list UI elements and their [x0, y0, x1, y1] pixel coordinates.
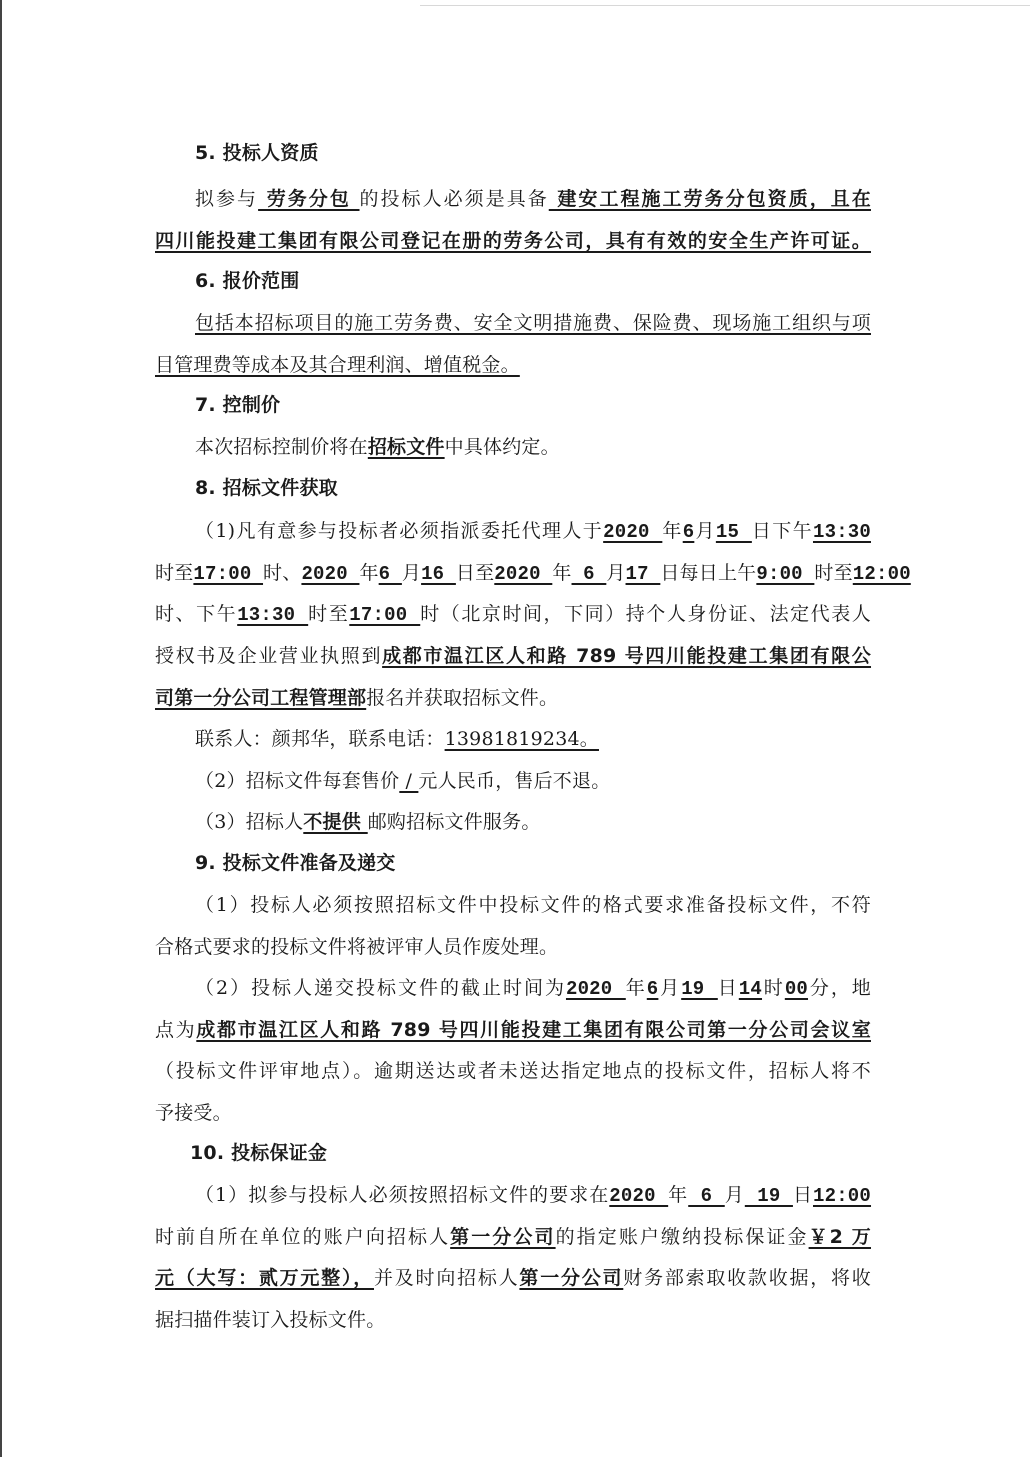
- text-segment: 授权书及企业营业执照到: [155, 645, 382, 667]
- text-line: （1）投标人必须按照招标文件中投标文件的格式要求准备投标文件，不符: [195, 890, 871, 920]
- underlined-field: 9:00: [756, 563, 814, 585]
- underlined-field: 第一分公司: [519, 1267, 623, 1289]
- text-segment: 予接受。: [155, 1102, 232, 1124]
- text-segment: 月: [694, 520, 716, 542]
- text-line: （1)凡有意参与投标者必须指派委托代理人于2020 年6月15 日下午13:30: [195, 516, 871, 546]
- underlined-field: 17:00: [349, 604, 420, 626]
- text-line: 元（大写：贰万元整），并及时向招标人第一分公司财务部索取收款收据，将收: [155, 1263, 871, 1293]
- underlined-field: 成都市温江区人和路 789 号四川能投建工集团有限公: [382, 645, 871, 667]
- text-segment: 时: [762, 977, 785, 999]
- text-segment: 时、下午: [155, 603, 237, 625]
- text-segment: 月: [606, 562, 625, 584]
- underlined-field: 19: [681, 978, 718, 1000]
- text-line: 时、下午13:30 时至17:00 时（北京时间，下同）持个人身份证、法定代表人: [155, 599, 871, 629]
- text-segment: 的指定账户缴纳投标保证金: [556, 1226, 809, 1248]
- text-segment: 分，地: [808, 977, 871, 999]
- text-line: （2）投标人递交投标文件的截止时间为2020 年6月19 日14时00分，地: [195, 973, 871, 1003]
- text-line: 授权书及企业营业执照到成都市温江区人和路 789 号四川能投建工集团有限公: [155, 641, 871, 671]
- text-segment: 年: [662, 520, 682, 542]
- text-line: 拟参与 劳务分包 的投标人必须是具备 建安工程施工劳务分包资质，且在: [195, 184, 871, 214]
- underlined-field: 6: [572, 563, 607, 585]
- underlined-field: 12:00: [813, 1185, 871, 1207]
- text-line: 四川能投建工集团有限公司登记在册的劳务公司，具有有效的安全生产许可证。: [155, 226, 871, 256]
- underlined-field: 劳务分包: [258, 188, 359, 210]
- underlined-field: 2020: [603, 521, 662, 543]
- text-segment: 中具体约定。: [445, 436, 560, 458]
- text-segment: 日至: [456, 562, 494, 584]
- text-segment: 联系人：颜邦华，联系电话：: [195, 728, 445, 750]
- text-segment: 7. 控制价: [195, 394, 280, 416]
- underlined-field: 2020: [609, 1185, 668, 1207]
- text-segment: 时至: [308, 603, 349, 625]
- underlined-field: 2020: [566, 978, 626, 1000]
- underlined-field: 四川能投建工集团有限公司登记在册的劳务公司，具有有效的安全生产许可证。: [155, 230, 871, 252]
- text-segment: 月: [402, 562, 421, 584]
- underlined-field: 建安工程施工劳务分包资质，且在: [549, 188, 871, 210]
- text-segment: 9. 投标文件准备及递交: [195, 852, 395, 874]
- underlined-field: 13:30: [237, 604, 308, 626]
- text-segment: 合格式要求的投标文件将被评审人员作废处理。: [155, 936, 558, 958]
- underlined-field: /: [399, 770, 418, 792]
- text-segment: 日下午: [752, 520, 813, 542]
- text-segment: （3）招标人: [195, 811, 303, 833]
- text-line: 联系人：颜邦华，联系电话：13981819234。: [195, 724, 599, 754]
- text-line: 本次招标控制价将在招标文件中具体约定。: [195, 432, 560, 462]
- underlined-field: 元（大写：贰万元整），: [155, 1267, 374, 1289]
- text-segment: 8. 招标文件获取: [195, 477, 338, 499]
- text-segment: （1）投标人必须按照招标文件中投标文件的格式要求准备投标文件，不符: [195, 894, 871, 916]
- underlined-field: 不提供: [303, 811, 367, 833]
- text-segment: （2）招标文件每套售价: [195, 770, 399, 792]
- text-line: （投标文件评审地点）。逾期送达或者未送达指定地点的投标文件，招标人将不: [155, 1056, 871, 1086]
- text-line: （2）招标文件每套售价 / 元人民币，售后不退。: [195, 766, 610, 796]
- text-segment: 邮购招标文件服务。: [368, 811, 541, 833]
- underlined-field: 12:00: [853, 563, 911, 585]
- text-segment: （2）投标人递交投标文件的截止时间为: [195, 977, 566, 999]
- section-heading: 8. 招标文件获取: [195, 473, 338, 503]
- underlined-field: 2020: [494, 563, 552, 585]
- text-segment: 年: [552, 562, 571, 584]
- text-line: （1）拟参与投标人必须按照招标文件的要求在2020 年 6 月 19 日12:0…: [195, 1180, 871, 1210]
- text-segment: 日每日上午: [660, 562, 756, 584]
- text-segment: 财务部索取收款收据，将收: [623, 1267, 871, 1289]
- underlined-field: 13981819234。: [445, 728, 599, 750]
- text-segment: 日: [793, 1184, 813, 1206]
- section-heading: 10. 投标保证金: [190, 1138, 327, 1168]
- text-line: 时至17:00 时、2020 年6 月16 日至2020 年 6 月17 日每日…: [155, 558, 871, 588]
- underlined-field: 6: [647, 978, 659, 1000]
- section-heading: 9. 投标文件准备及递交: [195, 848, 395, 878]
- text-segment: 年: [668, 1184, 688, 1206]
- underlined-field: 目管理费等成本及其合理利润、增值税金。: [155, 354, 520, 376]
- text-segment: 并及时向招标人: [374, 1267, 519, 1289]
- underlined-field: 13:30: [813, 521, 871, 543]
- text-segment: 报名并获取招标文件。: [366, 687, 558, 709]
- scan-artifact-line: [420, 5, 1030, 6]
- text-segment: 的投标人必须是具备: [360, 188, 549, 210]
- scan-edge: [0, 0, 2, 1457]
- text-line: 包括本招标项目的施工劳务费、安全文明措施费、保险费、现场施工组织与项: [195, 308, 871, 338]
- text-line: 时前自所在单位的账户向招标人第一分公司的指定账户缴纳投标保证金￥2 万: [155, 1222, 871, 1252]
- text-segment: 年: [626, 977, 647, 999]
- section-heading: 5. 投标人资质: [195, 138, 319, 168]
- text-segment: 拟参与: [195, 188, 258, 210]
- text-segment: 时前自所在单位的账户向招标人: [155, 1226, 450, 1248]
- text-segment: 时、: [263, 562, 301, 584]
- text-segment: 日: [718, 977, 739, 999]
- text-segment: 据扫描件装订入投标文件。: [155, 1309, 385, 1331]
- text-segment: 月: [658, 977, 681, 999]
- underlined-field: 17:00: [193, 563, 263, 585]
- underlined-field: 17: [626, 563, 661, 585]
- text-segment: （1)凡有意参与投标者必须指派委托代理人于: [195, 520, 603, 542]
- text-segment: 本次招标控制价将在: [195, 436, 368, 458]
- text-segment: 元人民币，售后不退。: [418, 770, 610, 792]
- text-line: 合格式要求的投标文件将被评审人员作废处理。: [155, 932, 558, 962]
- section-heading: 6. 报价范围: [195, 266, 299, 296]
- underlined-field: 包括本招标项目的施工劳务费、安全文明措施费、保险费、现场施工组织与项: [195, 312, 871, 334]
- underlined-field: 成都市温江区人和路 789 号四川能投建工集团有限公司第一分公司会议室: [196, 1019, 871, 1041]
- underlined-field: 司第一分公司工程管理部: [155, 687, 366, 709]
- underlined-field: 19: [745, 1185, 793, 1207]
- text-segment: （1）拟参与投标人必须按照招标文件的要求在: [195, 1184, 609, 1206]
- text-line: 予接受。: [155, 1098, 232, 1128]
- text-line: 据扫描件装订入投标文件。: [155, 1305, 385, 1335]
- text-segment: 月: [725, 1184, 745, 1206]
- text-line: 司第一分公司工程管理部报名并获取招标文件。: [155, 683, 558, 713]
- underlined-field: 16: [421, 563, 456, 585]
- underlined-field: 2020: [301, 563, 359, 585]
- underlined-field: 15: [716, 521, 752, 543]
- underlined-field: 6: [683, 521, 695, 543]
- text-segment: 10. 投标保证金: [190, 1142, 327, 1164]
- text-line: 目管理费等成本及其合理利润、增值税金。: [155, 350, 520, 380]
- text-segment: 年: [359, 562, 378, 584]
- underlined-field: 6: [688, 1185, 725, 1207]
- underlined-field: 第一分公司: [450, 1226, 555, 1248]
- text-segment: 时至: [155, 562, 193, 584]
- text-segment: 时（北京时间，下同）持个人身份证、法定代表人: [420, 603, 871, 625]
- text-segment: 时至: [814, 562, 852, 584]
- underlined-field: 00: [785, 978, 808, 1000]
- text-segment: （投标文件评审地点）。逾期送达或者未送达指定地点的投标文件，招标人将不: [155, 1060, 871, 1082]
- text-segment: 点为: [155, 1019, 196, 1041]
- underlined-field: 招标文件: [368, 436, 445, 458]
- underlined-field: ￥2 万: [809, 1226, 871, 1248]
- section-heading: 7. 控制价: [195, 390, 280, 420]
- text-line: （3）招标人不提供 邮购招标文件服务。: [195, 807, 541, 837]
- underlined-field: 6: [379, 563, 402, 585]
- text-segment: 6. 报价范围: [195, 270, 299, 292]
- underlined-field: 14: [739, 978, 762, 1000]
- text-segment: 5. 投标人资质: [195, 142, 319, 164]
- text-line: 点为成都市温江区人和路 789 号四川能投建工集团有限公司第一分公司会议室: [155, 1015, 871, 1045]
